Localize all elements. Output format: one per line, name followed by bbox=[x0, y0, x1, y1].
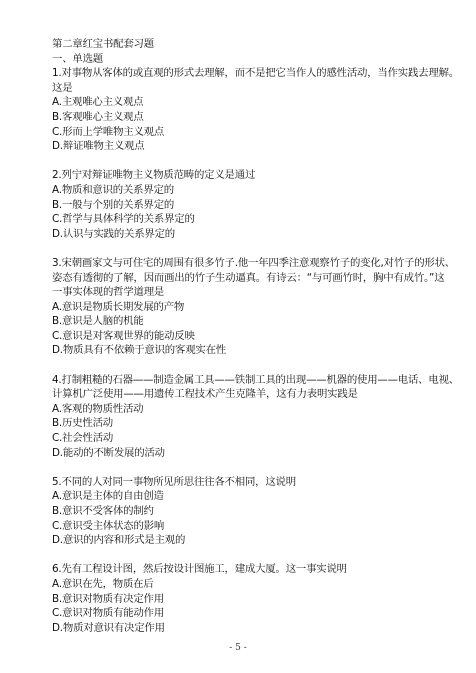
option-a: A.客观的物质性活动 bbox=[52, 402, 442, 417]
question-stem: 一事实体现的哲学道理是 bbox=[52, 285, 442, 300]
document-page: 第二章红宝书配套习题 一、单选题 1.对事物从客体的或直观的形式去理解，而不是把… bbox=[52, 37, 442, 635]
spacer bbox=[52, 358, 442, 373]
question-stem: 1.对事物从客体的或直观的形式去理解，而不是把它当作人的感性活动，当作实践去理解… bbox=[52, 66, 442, 81]
question-stem: 2.列宁对辩证唯物主义物质范畴的定义是通过 bbox=[52, 168, 442, 183]
question-4: 4.打制粗糙的石器——制造金属工具——铁制工具的出现——机器的使用——电话、电视… bbox=[52, 373, 442, 461]
option-b: B.意识不受客体的制约 bbox=[52, 504, 442, 519]
question-stem: 6.先有工程设计图，然后按设计图施工，建成大厦。这一事实说明 bbox=[52, 562, 442, 577]
option-a: A.意识在先，物质在后 bbox=[52, 577, 442, 592]
option-d: D.能动的不断发展的活动 bbox=[52, 446, 442, 461]
option-c: C.社会性活动 bbox=[52, 431, 442, 446]
option-b: B.客观唯心主义观点 bbox=[52, 110, 442, 125]
question-stem: 4.打制粗糙的石器——制造金属工具——铁制工具的出现——机器的使用——电话、电视… bbox=[52, 373, 442, 388]
question-stem: 这是 bbox=[52, 81, 442, 96]
question-5: 5.不同的人对同一事物所见所思往往各不相同，这说明 A.意识是主体的自由创造 B… bbox=[52, 475, 442, 548]
question-stem: 3.宋朝画家文与可住宅的周围有很多竹子.他一年四季注意观察竹子的变化,对竹子的形… bbox=[52, 256, 442, 271]
spacer bbox=[52, 241, 442, 256]
option-a: A.物质和意识的关系界定的 bbox=[52, 183, 442, 198]
option-d: D.意识的内容和形式是主观的 bbox=[52, 533, 442, 548]
option-a: A.意识是物质长期发展的产物 bbox=[52, 300, 442, 315]
question-2: 2.列宁对辩证唯物主义物质范畴的定义是通过 A.物质和意识的关系界定的 B.一般… bbox=[52, 168, 442, 241]
option-c: C.意识是对客观世界的能动反映 bbox=[52, 329, 442, 344]
question-6: 6.先有工程设计图，然后按设计图施工，建成大厦。这一事实说明 A.意识在先，物质… bbox=[52, 562, 442, 635]
option-a: A.主观唯心主义观点 bbox=[52, 95, 442, 110]
question-stem: 姿态有透彻的了解，因而画出的竹子生动逼真。有诗云：“与可画竹时，胸中有成竹。”这 bbox=[52, 271, 442, 286]
section-heading: 一、单选题 bbox=[52, 52, 442, 67]
option-b: B.一般与个别的关系界定的 bbox=[52, 198, 442, 213]
option-b: B.意识是人脑的机能 bbox=[52, 314, 442, 329]
question-stem: 计算机广泛使用——用遗传工程技术产生克隆羊，这有力表明实践是 bbox=[52, 387, 442, 402]
question-3: 3.宋朝画家文与可住宅的周围有很多竹子.他一年四季注意观察竹子的变化,对竹子的形… bbox=[52, 256, 442, 358]
option-c: C.意识对物质有能动作用 bbox=[52, 606, 442, 621]
question-1: 1.对事物从客体的或直观的形式去理解，而不是把它当作人的感性活动，当作实践去理解… bbox=[52, 66, 442, 154]
spacer bbox=[52, 548, 442, 563]
spacer bbox=[52, 460, 442, 475]
document-title: 第二章红宝书配套习题 bbox=[52, 37, 442, 52]
option-d: D.物质对意识有决定作用 bbox=[52, 621, 442, 636]
option-d: D.辩证唯物主义观点 bbox=[52, 139, 442, 154]
option-d: D.物质具有不依赖于意识的客观实在性 bbox=[52, 343, 442, 358]
option-d: D.认识与实践的关系界定的 bbox=[52, 227, 442, 242]
page-number: - 5 - bbox=[0, 643, 476, 653]
option-b: B.历史性活动 bbox=[52, 416, 442, 431]
option-b: B.意识对物质有决定作用 bbox=[52, 592, 442, 607]
option-c: C.意识受主体状态的影响 bbox=[52, 519, 442, 534]
spacer bbox=[52, 154, 442, 169]
option-c: C.形而上学唯物主义观点 bbox=[52, 125, 442, 140]
option-c: C.哲学与具体科学的关系界定的 bbox=[52, 212, 442, 227]
question-stem: 5.不同的人对同一事物所见所思往往各不相同，这说明 bbox=[52, 475, 442, 490]
option-a: A.意识是主体的自由创造 bbox=[52, 489, 442, 504]
